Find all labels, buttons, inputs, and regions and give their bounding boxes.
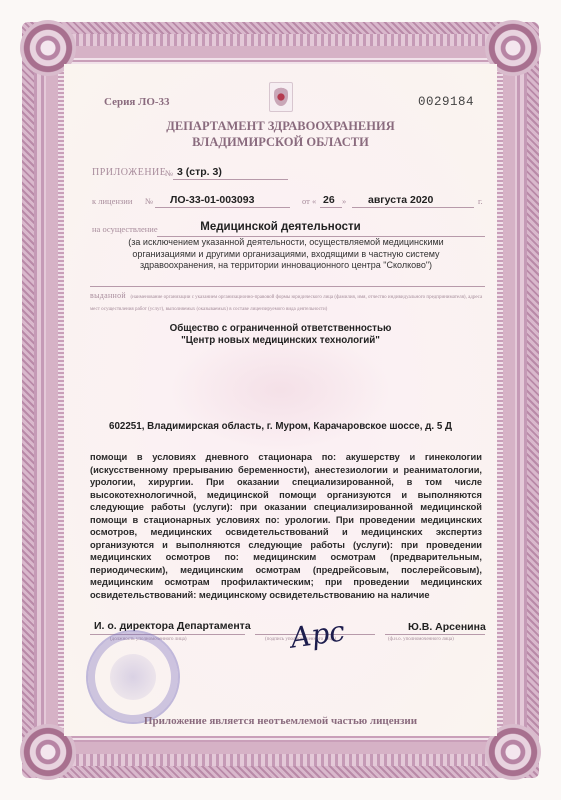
annex-number: 3 (стр. 3) [177, 166, 222, 178]
license-number-sign: № [145, 196, 153, 206]
series-label: Серия ЛО-33 [104, 96, 170, 108]
issued-label: выданной [90, 291, 126, 300]
department-title-line1: ДЕПАРТАМЕНТ ЗДРАВООХРАНЕНИЯ [0, 118, 561, 134]
name-hint: (ф.и.о. уполномоченного лица) [388, 637, 454, 644]
organization-name: "Центр новых медицинских технологий" [0, 335, 561, 347]
russian-coat-of-arms-icon [269, 82, 293, 112]
annex-number-sign: № [165, 168, 173, 178]
issued-block: выданной (наименование организации с ука… [90, 290, 485, 313]
footer-note: Приложение является неотъемлемой частью … [0, 715, 561, 727]
license-number: ЛО-33-01-003093 [170, 194, 254, 206]
signatory-name: Ю.В. Арсенина [408, 621, 486, 633]
date-from-label: от « [302, 196, 316, 206]
signatory-position: И. о. директора Департамента [94, 620, 251, 632]
activity-value: Медицинской деятельности [0, 221, 561, 233]
date-close-quote: » [342, 196, 346, 206]
licensed-services-text: помощи в условиях дневного стационара по… [90, 451, 482, 601]
activity-note: (за исключением указанной деятельности, … [98, 237, 474, 272]
organization-address: 602251, Владимирская область, г. Муром, … [0, 421, 561, 432]
license-day: 26 [323, 194, 335, 206]
year-suffix: г. [478, 196, 483, 206]
license-label: к лицензии [92, 196, 132, 206]
organization-type: Общество с ограниченной ответственностью [0, 323, 561, 335]
form-number: 0029184 [418, 95, 474, 109]
license-month-year: августа 2020 [368, 194, 433, 206]
watermark-eagle-icon [170, 330, 390, 450]
annex-label: ПРИЛОЖЕНИЕ [92, 167, 166, 178]
department-title-line2: ВЛАДИМИРСКОЙ ОБЛАСТИ [0, 134, 561, 150]
issued-hint: (наименование организации с указанием ор… [90, 295, 482, 312]
